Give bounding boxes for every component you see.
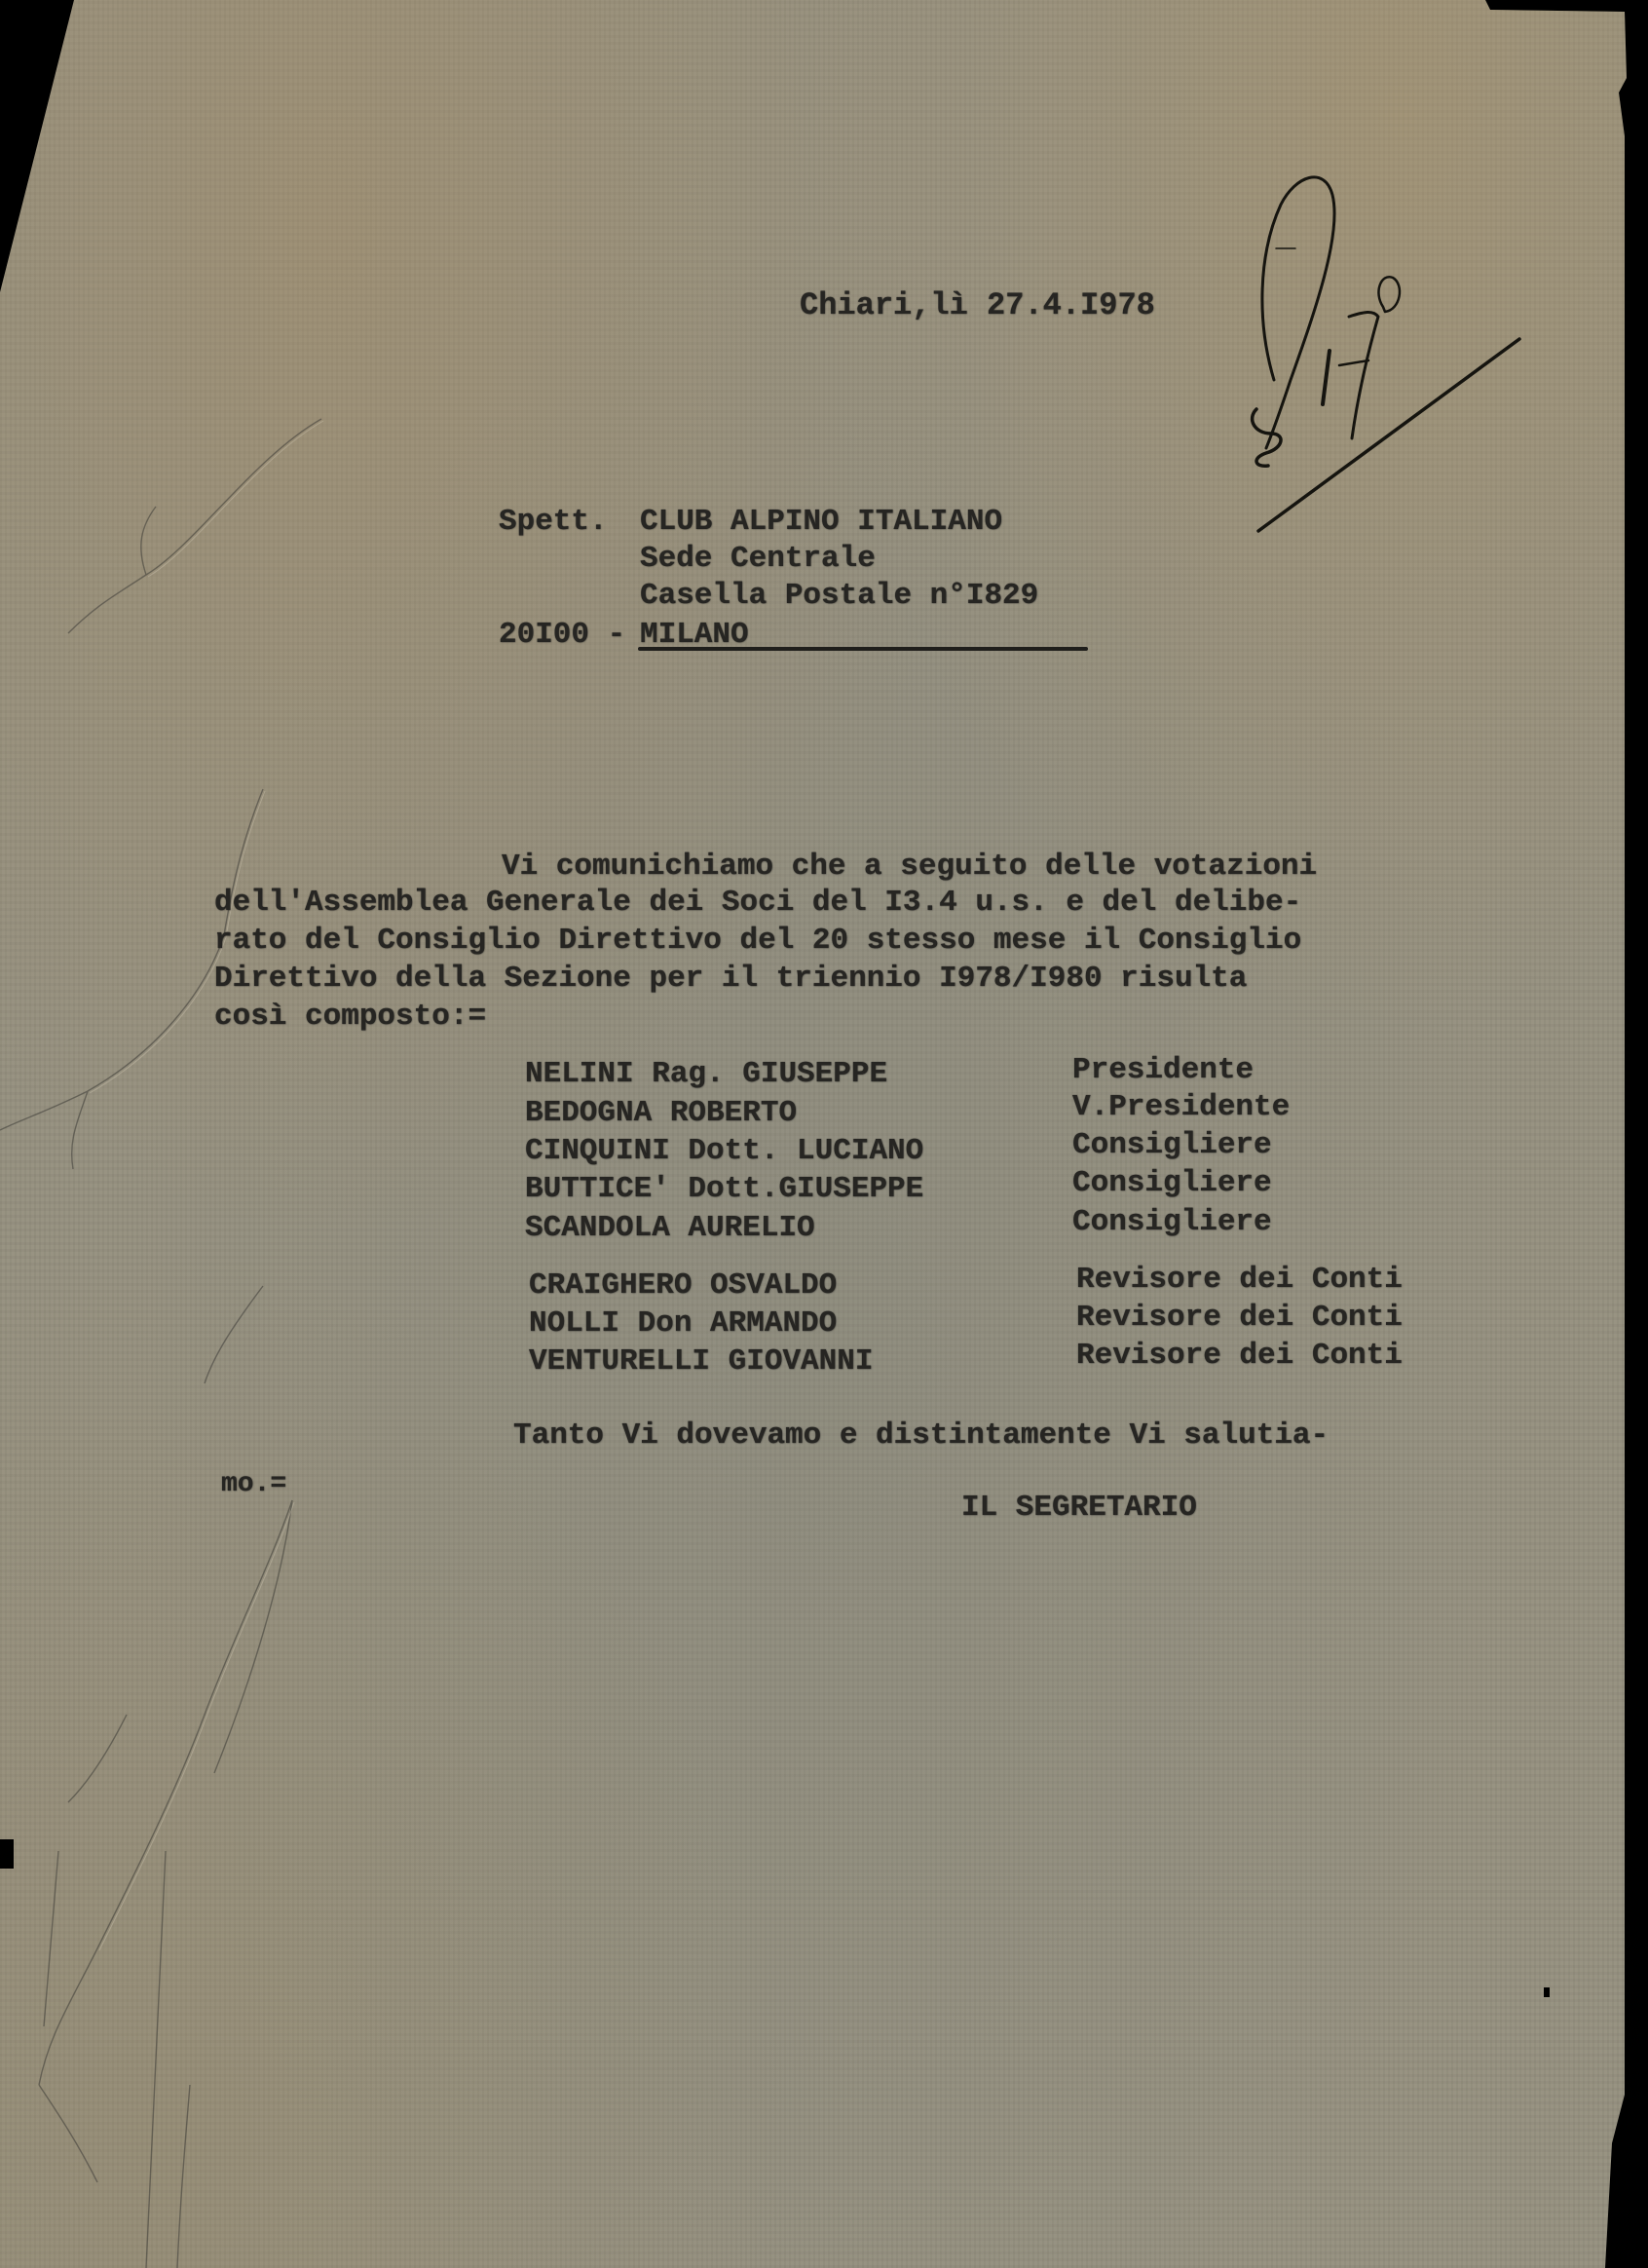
auditor-name: VENTURELLI GIOVANNI (529, 1346, 873, 1377)
body-line-2: dell'Assemblea Generale dei Soci del I3.… (214, 888, 1301, 918)
body-line-3: rato del Consiglio Direttivo del 20 stes… (214, 926, 1301, 956)
recipient-organization: CLUB ALPINO ITALIANO (640, 507, 1002, 537)
body-line-5: così composto:= (214, 1002, 486, 1032)
recipient-po-box: Casella Postale n°I829 (640, 581, 1038, 611)
auditor-role: Revisore dei Conti (1076, 1303, 1403, 1333)
council-member-name: BEDOGNA ROBERTO (525, 1098, 797, 1128)
closing-line-2: mo.= (221, 1471, 286, 1498)
recipient-salutation: Spett. (499, 507, 608, 537)
council-member-role: Consigliere (1072, 1130, 1272, 1160)
auditor-name: NOLLI Don ARMANDO (529, 1308, 837, 1339)
council-member-name: NELINI Rag. GIUSEPPE (525, 1059, 887, 1089)
closing-line-1: Tanto Vi dovevamo e distintamente Vi sal… (513, 1420, 1329, 1451)
body-line-4: Direttivo della Sezione per il triennio … (214, 964, 1247, 994)
recipient-office: Sede Centrale (640, 544, 876, 574)
recipient-city: MILANO (640, 620, 749, 650)
auditor-role: Revisore dei Conti (1076, 1265, 1403, 1295)
edge-tear-mark (0, 1839, 14, 1869)
auditor-role: Revisore dei Conti (1076, 1341, 1403, 1371)
council-member-role: Presidente (1072, 1055, 1254, 1085)
council-member-role: V.Presidente (1072, 1092, 1290, 1122)
council-member-role: Consigliere (1072, 1207, 1272, 1237)
council-member-role: Consigliere (1072, 1168, 1272, 1198)
recipient-postal-code: 20I00 - (499, 620, 625, 650)
council-member-name: BUTTICE' Dott.GIUSEPPE (525, 1174, 923, 1204)
auditor-name: CRAIGHERO OSVALDO (529, 1270, 837, 1301)
handwritten-annotation-mark (1237, 156, 1549, 546)
council-member-name: SCANDOLA AURELIO (525, 1213, 815, 1243)
council-member-name: CINQUINI Dott. LUCIANO (525, 1136, 923, 1166)
signature-title: IL SEGRETARIO (961, 1493, 1197, 1523)
edge-tear-mark (1544, 1987, 1550, 1997)
body-line-1: Vi comunichiamo che a seguito delle vota… (502, 851, 1317, 882)
place-date: Chiari,lì 27.4.I978 (800, 290, 1155, 321)
city-underline (638, 647, 1088, 651)
